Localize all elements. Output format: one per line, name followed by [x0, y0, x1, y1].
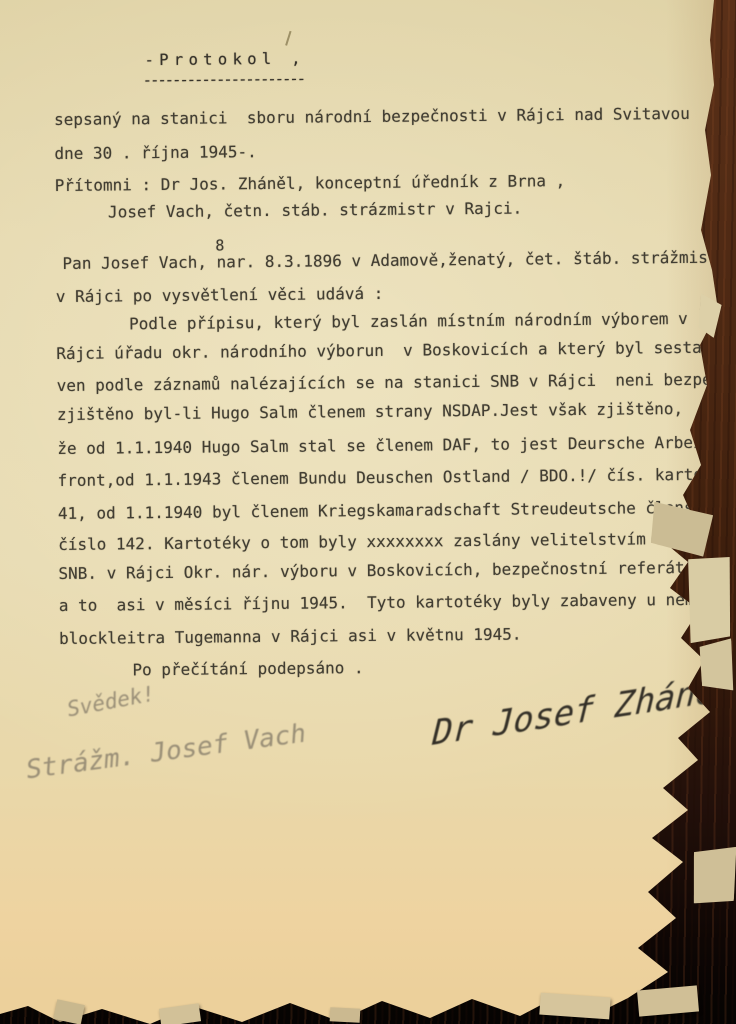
- document-page: - P r o t o k o l , --------------------…: [0, 0, 736, 1024]
- body-line: a to asi v měsíci říjnu 1945. Tyto karto…: [59, 591, 736, 614]
- body-line: zjištěno byl-li Hugo Salm členem strany …: [57, 401, 683, 423]
- body-line: v Rájci po vysvětlení věci udává :: [56, 286, 384, 305]
- body-line: Pan Josef Vach, nar. 8.3.1896 v Adamově,…: [62, 250, 727, 272]
- scanned-document-photo: - P r o t o k o l , --------------------…: [0, 0, 736, 1024]
- torn-paper-flap: [684, 555, 735, 645]
- torn-paper-flap: [689, 843, 736, 907]
- body-line: Podle přípisu, který byl zaslán místním …: [129, 311, 688, 332]
- body-line: sepsaný na stanici sboru národní bezpečn…: [54, 106, 690, 128]
- body-line: číslo 142. Kartotéky o tom byly xxxxxxxx…: [58, 531, 723, 553]
- body-line: Josef Vach, četn. stáb. strázmistr v Raj…: [108, 201, 522, 221]
- stray-mark: [285, 31, 291, 46]
- body-line: 41, od 1.1.1940 byl členem Kriegskamarad…: [58, 500, 713, 522]
- witness-label-handwriting: Svědek!: [65, 682, 156, 722]
- body-line: Přítomni : Dr Jos. Zháněl, konceptní úře…: [55, 173, 566, 194]
- body-line: dne 30 . října 1945-.: [54, 144, 256, 162]
- body-line: front,od 1.1.1943 členem Bundu Deuschen …: [58, 467, 732, 489]
- closing-line: Po přečítání podepsáno .: [132, 660, 363, 678]
- document-title: - P r o t o k o l ,: [144, 50, 298, 69]
- body-line: ven podle záznamů nalézajících se na sta…: [57, 371, 736, 394]
- body-line: že od 1.1.1940 Hugo Salm stal se členem …: [57, 435, 722, 457]
- body-line: blockleitra Tugemanna v Rájci asi v květ…: [59, 627, 522, 647]
- body-line: Rájci úřadu okr. národního výborun v Bos…: [56, 340, 711, 362]
- title-underline: ----------------------: [143, 70, 304, 90]
- torn-paper-fragment: [330, 1007, 361, 1023]
- witness-signature-handwriting: Strážm. Josef Vach: [24, 719, 307, 786]
- body-line: SNB. v Rájci Okr. nár. výboru v Boskovic…: [58, 560, 694, 582]
- torn-paper-flap: [697, 638, 736, 693]
- typewritten-text-layer: - P r o t o k o l , --------------------…: [0, 0, 736, 1024]
- torn-paper-fragment: [637, 985, 699, 1016]
